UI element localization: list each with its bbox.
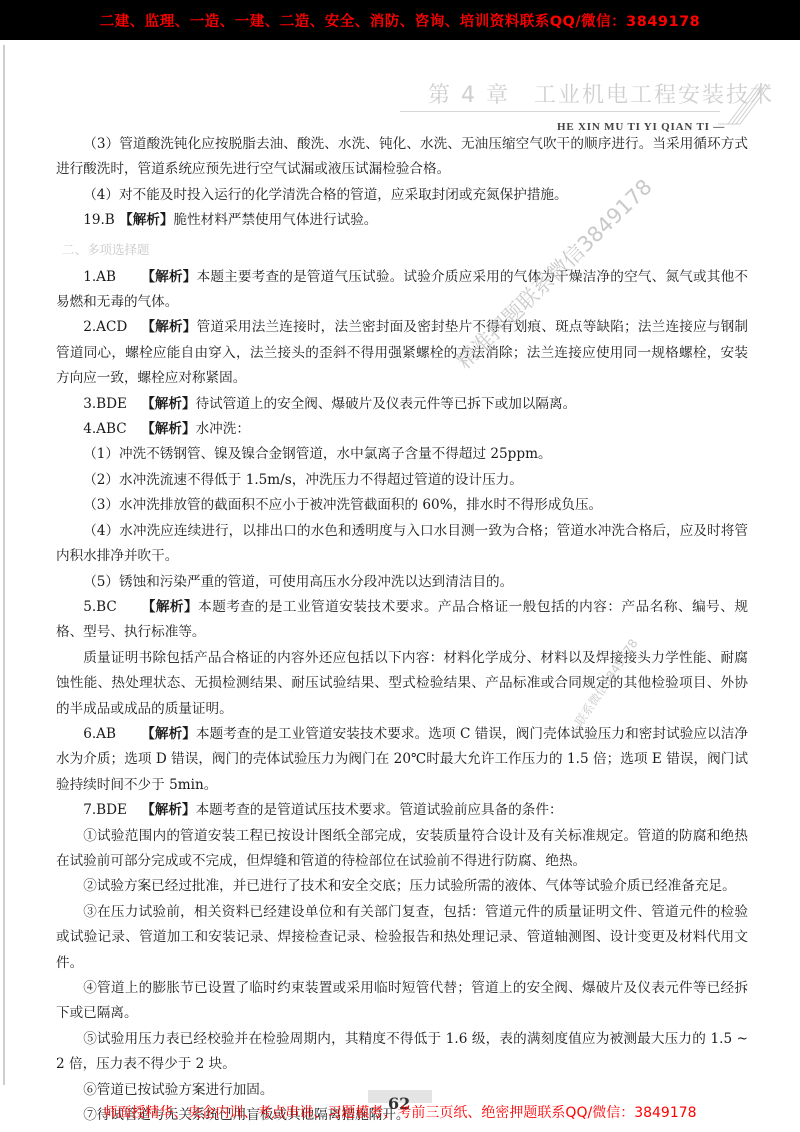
top-ad-banner: 二建、监理、一造、一建、二造、安全、消防、咨询、培训资料联系QQ/微信：3849…: [0, 0, 800, 40]
answer-4: 4.ABC【解析】水冲洗：: [56, 417, 748, 442]
answer-7: 7.BDE【解析】本题考查的是管道试压技术要求。管道试验前应具备的条件：: [56, 798, 748, 823]
analysis-tag: 【解析】: [141, 319, 196, 335]
answer-5: 5.BC【解析】本题考查的是工业管道安装技术要求。产品合格证一般包括的内容：产品…: [56, 595, 748, 646]
answer-1: 1.AB【解析】本题主要考查的是管道气压试验。试验介质应采用的气体为干燥洁净的空…: [56, 265, 748, 316]
list-item: ②试验方案已经过批准，并已进行了技术和安全交底；压力试验所需的液体、气体等试验介…: [56, 874, 748, 899]
analysis-tag: 【解析】: [141, 726, 196, 742]
list-item: （2）水冲洗流速不得低于 1.5m/s，冲洗压力不得超过管道的设计压力。: [56, 468, 748, 493]
answer-2: 2.ACD【解析】管道采用法兰连接时，法兰密封面及密封垫片不得有划痕、斑点等缺陷…: [56, 315, 748, 391]
paragraph: 质量证明书除包括产品合格证的内容外还应包括以下内容：材料化学成分、材料以及焊接接…: [56, 646, 748, 722]
list-item: ③在压力试验前，相关资料已经建设单位和有关部门复查，包括：管道元件的质量证明文件…: [56, 900, 748, 976]
list-item: （1）冲洗不锈钢管、镍及镍合金钢管道，水中氯离子含量不得超过 25ppm。: [56, 442, 748, 467]
top-ad-text: 二建、监理、一造、一建、二造、安全、消防、咨询、培训资料联系QQ/微信：3849…: [100, 10, 701, 31]
list-item: ④管道上的膨胀节已设置了临时约束装置或采用临时短管代替；管道上的安全阀、爆破片及…: [56, 976, 748, 1027]
bottom-ad-banner: 师面授精华、央企内训、考点串讲、习题模考、考前三页纸、绝密押题联系QQ/微信：3…: [0, 1102, 800, 1122]
list-item: （4）水冲洗应连续进行，以排出口的水色和透明度与入口水目测一致为合格；管道水冲洗…: [56, 519, 748, 570]
chapter-header: 第 4 章 工业机电工程安装技术 HE XIN MU TI YI QIAN TI…: [400, 70, 760, 130]
section-heading: 二、多项选择题: [56, 234, 748, 265]
answer-19: 19.B 【解析】脆性材料严禁使用气体进行试验。: [56, 208, 748, 233]
analysis-tag: 【解析】: [141, 802, 195, 818]
answer-key: 3.BDE: [83, 392, 141, 417]
answer-6: 6.AB【解析】本题考查的是工业管道安装技术要求。选项 C 错误，阀门壳体试验压…: [56, 722, 748, 798]
answer-3: 3.BDE【解析】待试管道上的安全阀、爆破片及仪表元件等已拆下或加以隔离。: [56, 392, 748, 417]
analysis-tag: 【解析】: [119, 212, 173, 228]
answer-key: 5.BC: [83, 595, 141, 620]
page-left-edge: [3, 45, 5, 1085]
paragraph: （4）对不能及时投入运行的化学清洗合格的管道，应采取封闭或充氮保护措施。: [56, 183, 748, 208]
list-item: （5）锈蚀和污染严重的管道，可使用高压水分段冲洗以达到清洁目的。: [56, 570, 748, 595]
analysis-text: 水冲洗：: [196, 421, 250, 437]
analysis-text: 脆性材料严禁使用气体进行试验。: [174, 212, 378, 228]
answer-key: 19.B: [83, 212, 115, 228]
chapter-divider: [400, 111, 720, 112]
answer-key: 7.BDE: [83, 798, 141, 823]
analysis-text: 本题考查的是管道试压技术要求。管道试验前应具备的条件：: [196, 802, 563, 818]
list-item: （3）水冲洗排放管的截面积不应小于被冲洗管截面积的 60%，排水时不得形成负压。: [56, 493, 748, 518]
slash-decoration-icon: [700, 82, 770, 132]
analysis-tag: 【解析】: [141, 421, 195, 437]
answer-key: 1.AB: [83, 265, 141, 290]
answer-key: 4.ABC: [83, 417, 141, 442]
list-item: ⑤试验用压力表已经校验并在检验周期内，其精度不得低于 1.6 级，表的满刻度值应…: [56, 1027, 748, 1078]
paragraph: （3）管道酸洗钝化应按脱脂去油、酸洗、水洗、钝化、水洗、无油压缩空气吹干的顺序进…: [56, 132, 748, 183]
list-item: ①试验范围内的管道安装工程已按设计图纸全部完成，安装质量符合设计及有关标准规定。…: [56, 824, 748, 875]
analysis-tag: 【解析】: [141, 396, 195, 412]
answer-key: 6.AB: [83, 722, 141, 747]
analysis-text: 待试管道上的安全阀、爆破片及仪表元件等已拆下或加以隔离。: [196, 396, 577, 412]
answer-key: 2.ACD: [83, 315, 141, 340]
answer-content: （3）管道酸洗钝化应按脱脂去油、酸洗、水洗、钝化、水洗、无油压缩空气吹干的顺序进…: [56, 132, 748, 1128]
analysis-tag: 【解析】: [141, 269, 196, 285]
analysis-tag: 【解析】: [141, 599, 198, 615]
